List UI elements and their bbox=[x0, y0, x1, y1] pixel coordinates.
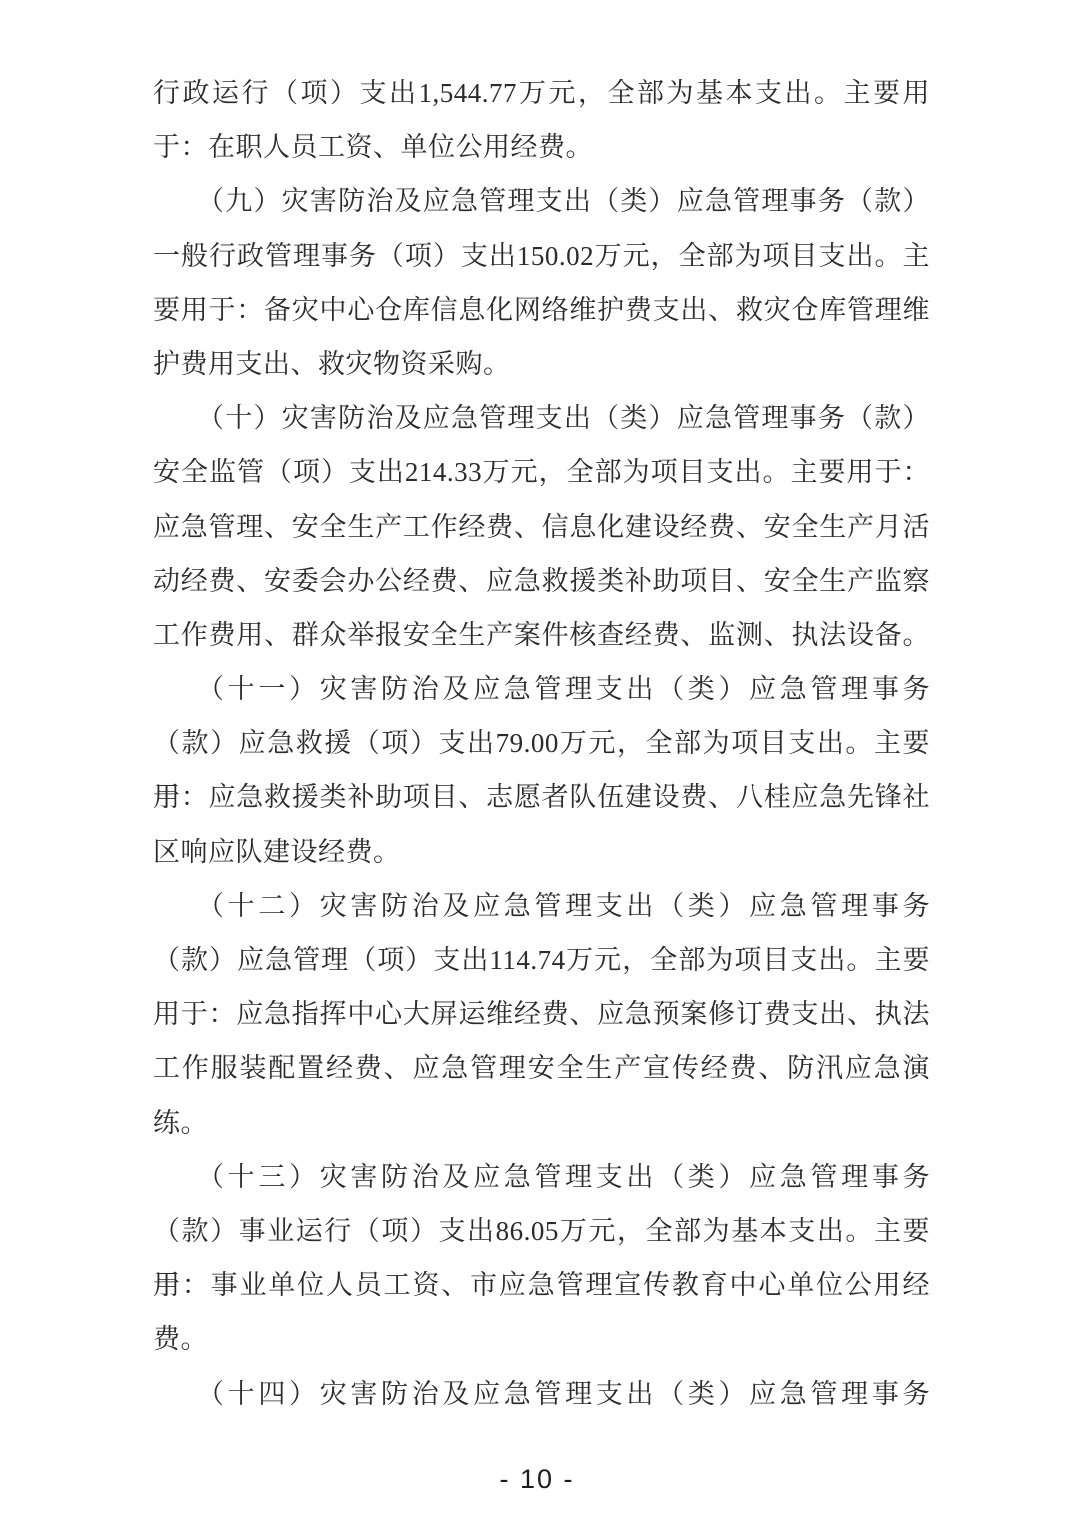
text-line: （十四）灾害防治及应急管理支出（类）应急管理事务 bbox=[153, 1367, 930, 1421]
page-footer: - 10 - bbox=[0, 1464, 1074, 1495]
text-line: 要用于：备灾中心仓库信息化网络维护费支出、救灾仓库管理维 bbox=[153, 283, 930, 337]
text-line: 于：在职人员工资、单位公用经费。 bbox=[153, 120, 930, 174]
text-line: 费。 bbox=[153, 1312, 930, 1366]
text-line: 行政运行（项）支出1,544.77万元，全部为基本支出。主要用 bbox=[153, 66, 930, 120]
text-line: 动经费、安委会办公经费、应急救援类补助项目、安全生产监察 bbox=[153, 554, 930, 608]
text-line: （款）事业运行（项）支出86.05万元，全部为基本支出。主要用 bbox=[153, 1204, 930, 1258]
page-number: - 10 - bbox=[499, 1464, 574, 1494]
text-line: （十二）灾害防治及应急管理支出（类）应急管理事务 bbox=[153, 879, 930, 933]
text-line: （款）应急管理（项）支出114.74万元，全部为项目支出。主要 bbox=[153, 933, 930, 987]
text-line: 护费用支出、救灾物资采购。 bbox=[153, 337, 930, 391]
text-line: 安全监管（项）支出214.33万元，全部为项目支出。主要用于： bbox=[153, 445, 930, 499]
text-line: 区响应队建设经费。 bbox=[153, 825, 930, 879]
text-line: （九）灾害防治及应急管理支出（类）应急管理事务（款） bbox=[153, 174, 930, 228]
text-line: 于：应急救援类补助项目、志愿者队伍建设费、八桂应急先锋社 bbox=[153, 770, 930, 824]
text-line: （十三）灾害防治及应急管理支出（类）应急管理事务 bbox=[153, 1150, 930, 1204]
text-line: 于：事业单位人员工资、市应急管理宣传教育中心单位公用经 bbox=[153, 1258, 930, 1312]
document-page: 行政运行（项）支出1,544.77万元，全部为基本支出。主要用于：在职人员工资、… bbox=[0, 0, 1074, 1520]
body-text-block: 行政运行（项）支出1,544.77万元，全部为基本支出。主要用于：在职人员工资、… bbox=[153, 66, 930, 1421]
text-line: （十）灾害防治及应急管理支出（类）应急管理事务（款） bbox=[153, 391, 930, 445]
text-line: 应急管理、安全生产工作经费、信息化建设经费、安全生产月活 bbox=[153, 500, 930, 554]
text-line: 工作服装配置经费、应急管理安全生产宣传经费、防汛应急演 bbox=[153, 1041, 930, 1095]
text-line: （十一）灾害防治及应急管理支出（类）应急管理事务 bbox=[153, 662, 930, 716]
text-line: 练。 bbox=[153, 1096, 930, 1150]
text-line: 工作费用、群众举报安全生产案件核查经费、监测、执法设备。 bbox=[153, 608, 930, 662]
text-line: 用于：应急指挥中心大屏运维经费、应急预案修订费支出、执法 bbox=[153, 987, 930, 1041]
text-line: （款）应急救援（项）支出79.00万元，全部为项目支出。主要用 bbox=[153, 716, 930, 770]
text-line: 一般行政管理事务（项）支出150.02万元，全部为项目支出。主 bbox=[153, 229, 930, 283]
